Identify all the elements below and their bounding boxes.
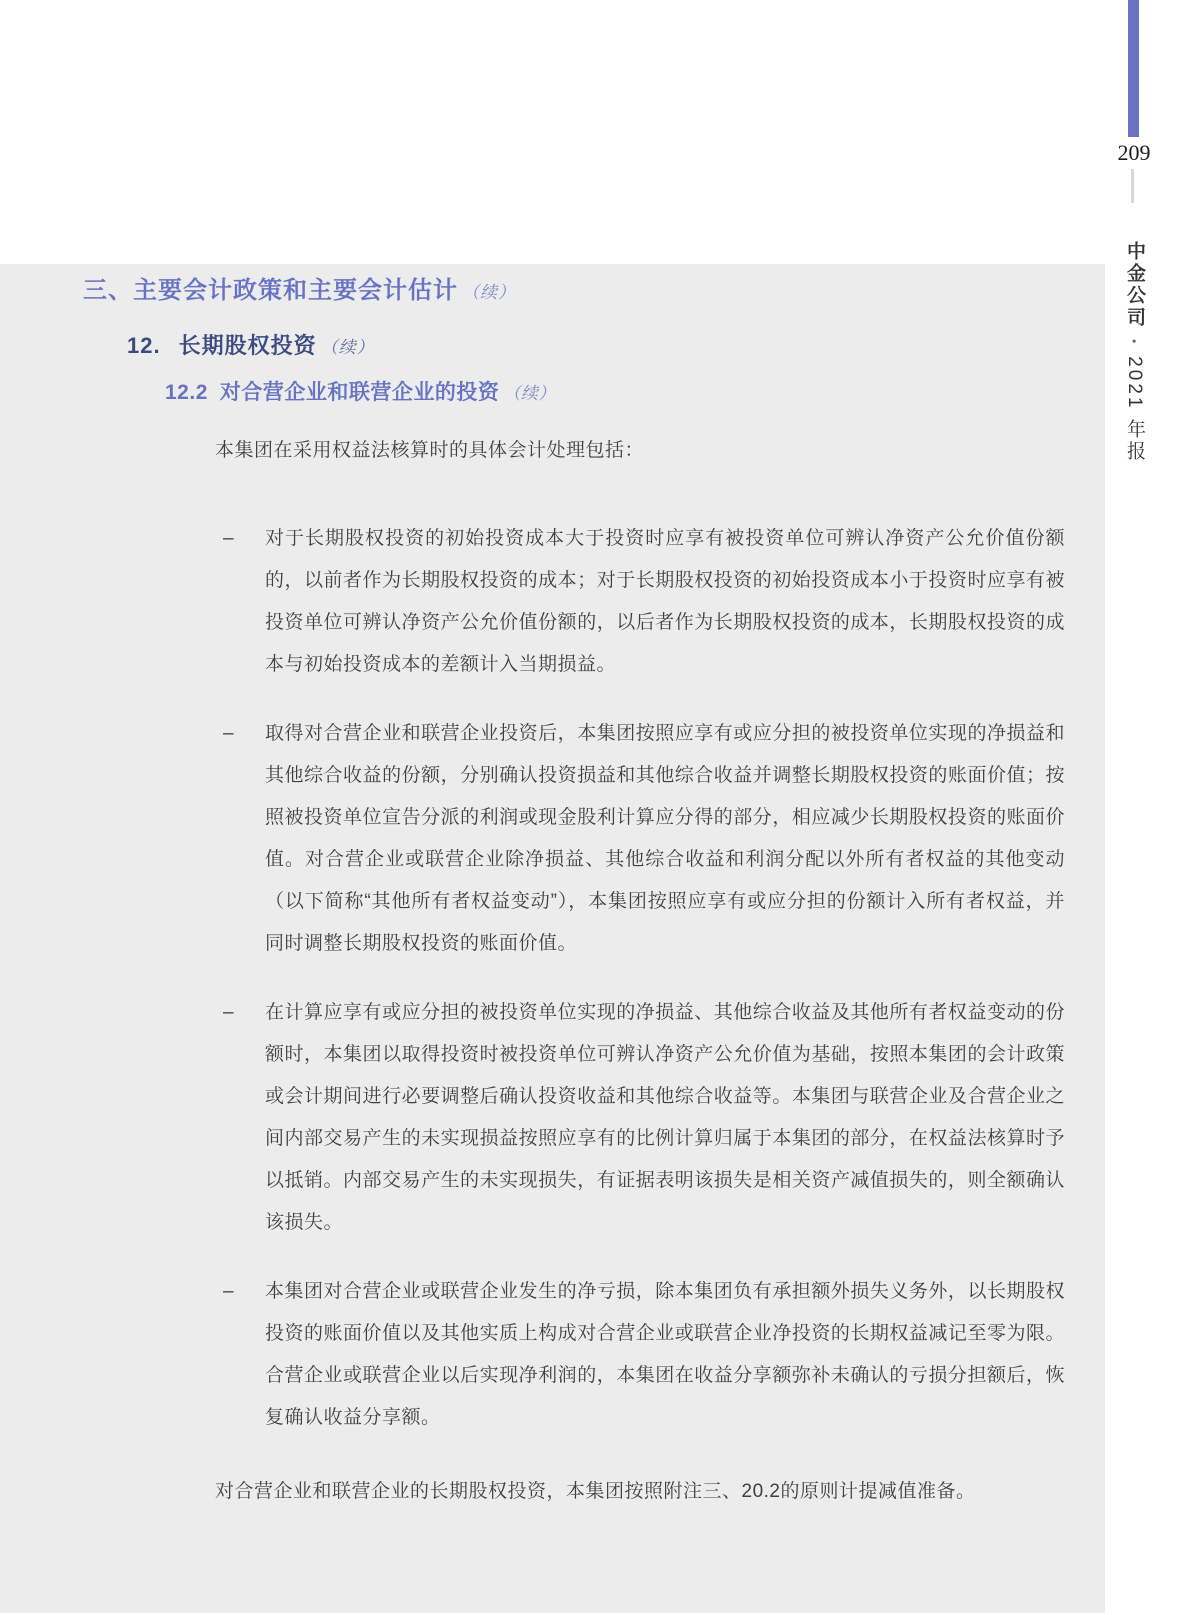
- content-panel: 三、主要会计政策和主要会计估计（续） 12.长期股权投资（续） 12.2对合营企…: [0, 264, 1105, 1613]
- sidebar-caption: 中金公司•2021 年报: [1121, 241, 1147, 463]
- subsection-heading: 12.长期股权投资（续）: [127, 332, 1105, 362]
- section-heading-label: 三、主要会计政策和主要会计估计: [83, 277, 458, 304]
- subsubsection-heading: 12.2对合营企业和联营企业的投资（续）: [165, 379, 1105, 407]
- subsection-label: 长期股权投资: [179, 333, 317, 358]
- list-item: – 取得对合营企业和联营企业投资后，本集团按照应享有或应分担的被投资单位实现的净…: [223, 713, 1105, 965]
- dot-separator-icon: •: [1127, 339, 1141, 346]
- list-item: – 对于长期股权投资的初始投资成本大于投资时应享有被投资单位可辨认净资产公允价值…: [223, 518, 1105, 686]
- report-year: 2021 年报: [1124, 356, 1145, 463]
- section-heading-continued: （续）: [462, 283, 516, 302]
- bullet-list: – 对于长期股权投资的初始投资成本大于投资时应享有被投资单位可辨认净资产公允价值…: [0, 518, 1105, 1439]
- page-number-tick: [1131, 169, 1134, 203]
- bullet-text: 本集团对合营企业或联营企业发生的净亏损，除本集团负有承担额外损失义务外，以长期股…: [265, 1271, 1065, 1439]
- bullet-dash: –: [223, 1271, 265, 1439]
- subsection-continued: （续）: [321, 338, 375, 357]
- bullet-text: 对于长期股权投资的初始投资成本大于投资时应享有被投资单位可辨认净资产公允价值份额…: [265, 518, 1065, 686]
- subsubsection-label: 对合营企业和联营企业的投资: [220, 381, 500, 404]
- bullet-dash: –: [223, 992, 265, 1244]
- subsubsection-number: 12.2: [165, 381, 208, 404]
- bullet-dash: –: [223, 713, 265, 965]
- company-name: 中金公司: [1124, 241, 1145, 329]
- subsection-number: 12.: [127, 333, 161, 358]
- list-item: – 本集团对合营企业或联营企业发生的净亏损，除本集团负有承担额外损失义务外，以长…: [223, 1271, 1105, 1439]
- closing-paragraph: 对合营企业和联营企业的长期股权投资，本集团按照附注三、20.2的原则计提减值准备…: [215, 1471, 1015, 1513]
- report-page: 三、主要会计政策和主要会计估计（续） 12.长期股权投资（续） 12.2对合营企…: [0, 0, 1190, 1615]
- intro-paragraph: 本集团在采用权益法核算时的具体会计处理包括：: [215, 430, 1105, 472]
- bullet-text: 在计算应享有或应分担的被投资单位实现的净损益、其他综合收益及其他所有者权益变动的…: [265, 992, 1065, 1244]
- page-number: 209: [1103, 140, 1165, 166]
- bullet-text: 取得对合营企业和联营企业投资后，本集团按照应享有或应分担的被投资单位实现的净损益…: [265, 713, 1065, 965]
- subsubsection-continued: （续）: [503, 384, 556, 403]
- bullet-dash: –: [223, 518, 265, 686]
- list-item: – 在计算应享有或应分担的被投资单位实现的净损益、其他综合收益及其他所有者权益变…: [223, 992, 1105, 1244]
- accent-bar: [1128, 0, 1139, 137]
- section-heading: 三、主要会计政策和主要会计估计（续）: [83, 276, 1105, 308]
